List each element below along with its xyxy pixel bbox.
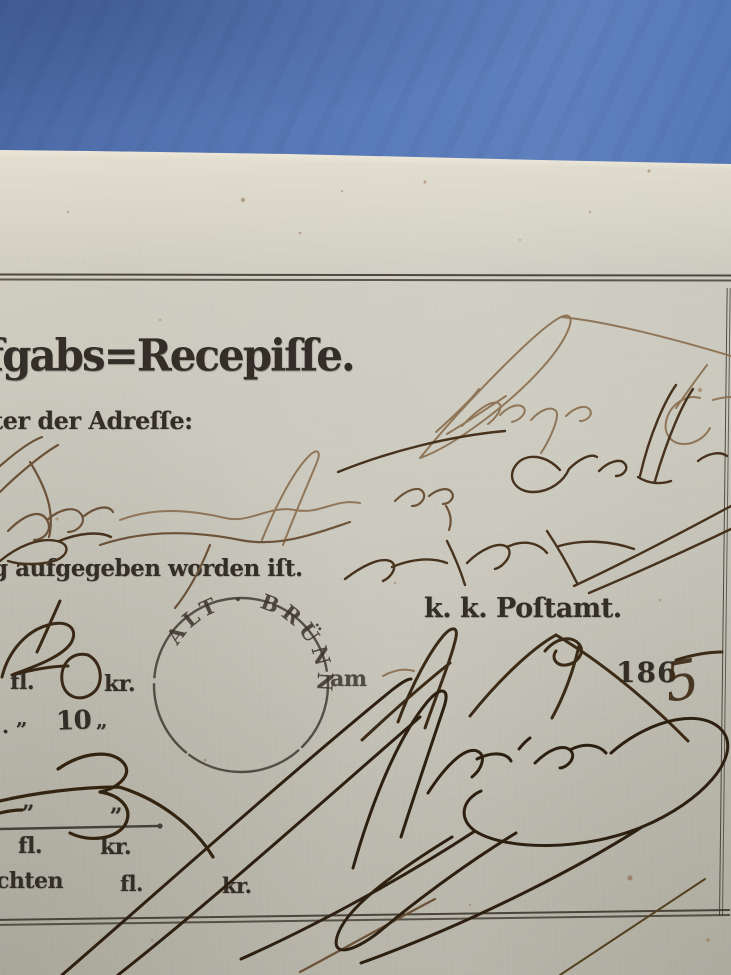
posted-line: g aufgegeben worden iſt. xyxy=(0,555,302,582)
postmark: ALT · BRÜNN xyxy=(154,586,338,772)
am-label: am xyxy=(330,666,367,692)
receipt-title: fgabs=Recepiſſe. xyxy=(0,330,354,381)
frame-top-border xyxy=(0,273,731,281)
amount-rule xyxy=(0,823,163,829)
postmark-circle xyxy=(154,598,328,772)
ten-quote-open: „ xyxy=(16,706,27,730)
year-printed: 186 xyxy=(616,656,677,689)
fee-fl-label: fl. xyxy=(10,669,34,695)
photo-of-postal-receipt: fgabs=Recepiſſe. ter der Adreſſe: g aufg… xyxy=(0,0,731,975)
blue-surface xyxy=(0,0,731,170)
paper-top-strip xyxy=(0,150,731,276)
address-line: ter der Adreſſe: xyxy=(0,406,193,435)
handwriting-signature xyxy=(62,679,728,975)
post-office-label: k. k. Poſtamt. xyxy=(424,593,622,624)
bottom-label: chten xyxy=(0,868,63,894)
sum-quote-left: „ xyxy=(22,788,34,814)
ten-quote-close: „ xyxy=(96,708,107,732)
frame-bottom-border xyxy=(0,909,730,926)
sum-quote-right: „ xyxy=(110,791,122,817)
sum-kr-label: kr. xyxy=(100,834,131,860)
bottom-fl-label: fl. xyxy=(120,871,143,896)
bottom-kr-label: kr. xyxy=(222,873,252,898)
sum-fl-label: fl. xyxy=(18,833,42,859)
ten-prefix: . xyxy=(2,714,8,738)
fee-kr-label: kr. xyxy=(104,671,135,697)
postmark-text: ALT · BRÜNN xyxy=(160,586,338,697)
ten-value: 10 xyxy=(55,705,91,736)
frame-right-border xyxy=(719,288,731,916)
